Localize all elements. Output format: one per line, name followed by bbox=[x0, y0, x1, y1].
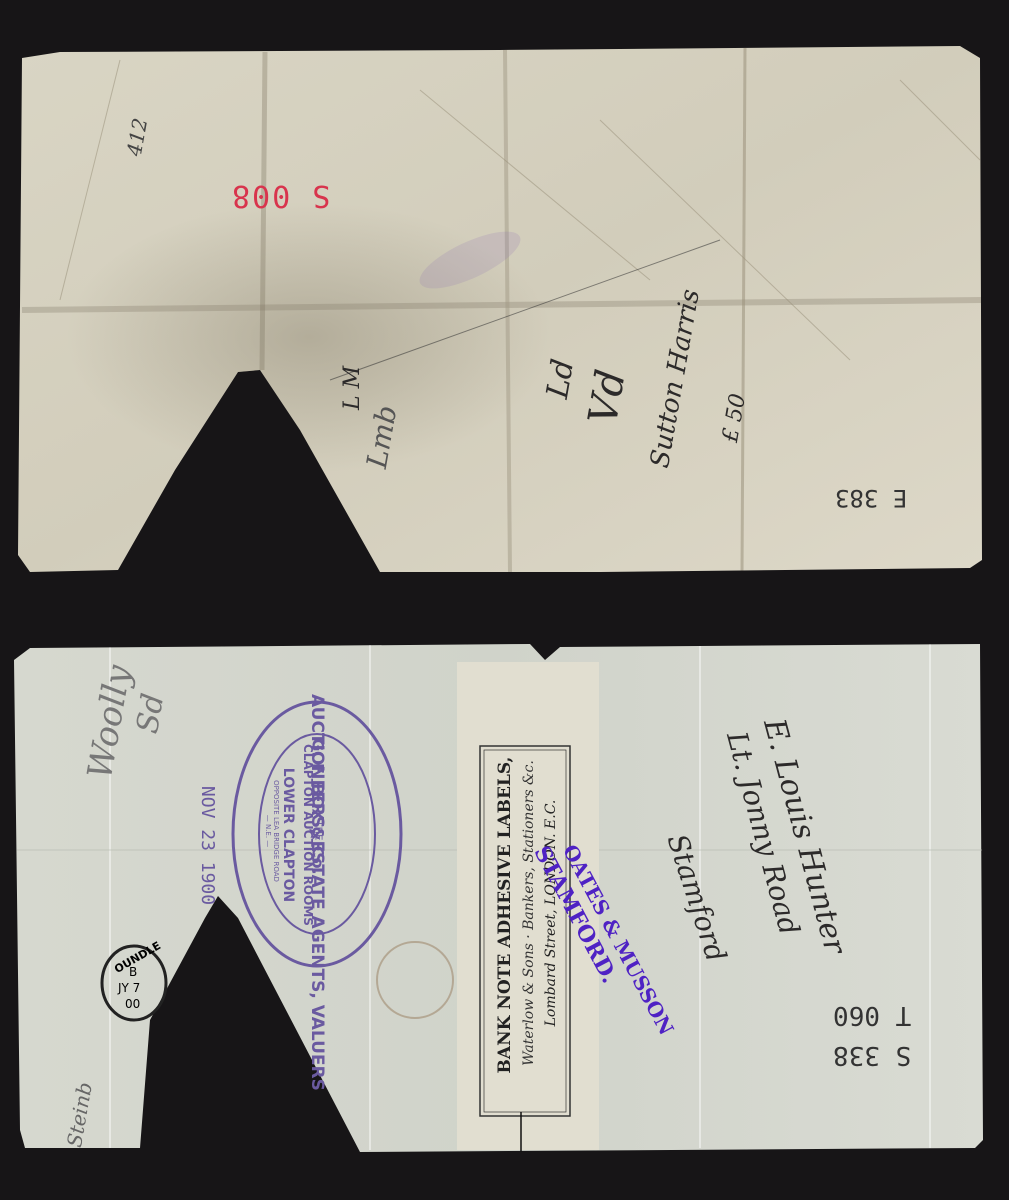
bottom-banknote: AUCTIONEERS, ESTATE AGENTS, VALUERS G. F… bbox=[0, 600, 1009, 1200]
serial-number-stamp: E 383 bbox=[835, 484, 907, 512]
oundle-postmark: OUNDLE B JY 7 00 bbox=[100, 943, 168, 1023]
oval-stamp-rooms: CLAPTON AUCTION ROOMS bbox=[301, 744, 315, 924]
handwritten-pencil-left-2: Sd bbox=[130, 691, 171, 736]
handwritten-initials-left: L M bbox=[340, 366, 365, 410]
serial-number-2: S 338 bbox=[833, 1040, 911, 1070]
handwritten-initials-middle: Vd bbox=[580, 366, 635, 428]
postmark-letter: B bbox=[129, 965, 137, 979]
postmark-year: 00 bbox=[125, 997, 140, 1011]
postmark-date: JY 7 bbox=[118, 981, 140, 995]
adhesive-label-address: Lombard Street, LONDON. E.C. bbox=[543, 748, 559, 1078]
top-banknote: S 008 412 E 383 Sutton Harris £ 50 Vd Ld… bbox=[0, 0, 1009, 600]
oval-stamp-opposite: OPPOSITE LEA BRIDGE ROAD bbox=[272, 741, 280, 921]
serial-number-1: T 060 bbox=[833, 1000, 911, 1030]
auctioneer-oval-stamp: AUCTIONEERS, ESTATE AGENTS, VALUERS G. F… bbox=[228, 697, 406, 971]
oval-stamp-location: LOWER CLAPTON bbox=[280, 745, 296, 925]
oval-stamp-district: — N.E. — bbox=[264, 741, 272, 921]
date-stamp: NOV 23 1900 bbox=[197, 786, 218, 905]
red-serial-stamp: S 008 bbox=[230, 178, 330, 213]
handwritten-initials-middle-2: Ld bbox=[540, 356, 581, 401]
adhesive-label-maker: Waterlow & Sons · Bankers, Stationers &c… bbox=[521, 748, 537, 1078]
adhesive-label-title: BANK NOTE ADHESIVE LABELS, bbox=[495, 750, 515, 1080]
